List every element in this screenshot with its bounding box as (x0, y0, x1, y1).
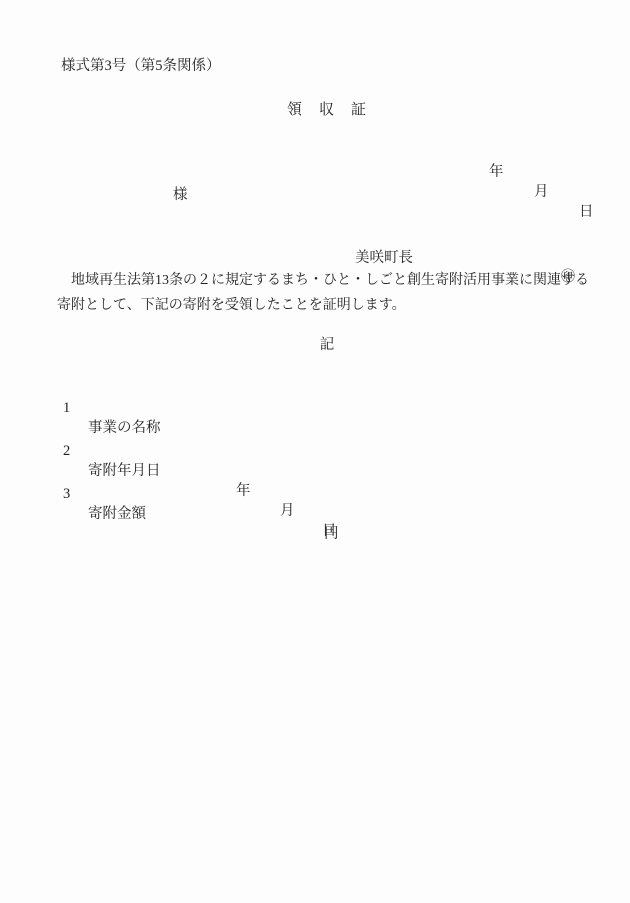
section-marker: 記 (57, 335, 597, 355)
issue-date-day-label: 日 (579, 202, 594, 222)
addressee-honorific: 様 (173, 185, 188, 205)
issuer-line: 美咲町長 ㊞ (0, 228, 630, 248)
receipt-document-page: 様式第3号（第5条関係） 領 収 証 年 月 日 様 美咲町長 ㊞ 地域再生法第… (0, 0, 630, 903)
body-paragraph: 地域再生法第13条の２に規定するまち・ひと・しごと創生寄附活用事業に関連する寄附… (57, 268, 602, 318)
issue-date-line: 年 月 日 (0, 142, 630, 162)
item-number: 3 (63, 484, 70, 504)
document-title: 領 収 証 (57, 100, 597, 120)
item-row-donation-date: 2 寄附年月日 年 月 日 (0, 421, 630, 441)
item-number: 2 (63, 441, 70, 461)
item-row-business-name: 1 事業の名称 (0, 378, 630, 398)
donation-amount-unit-label: 円 (324, 524, 339, 544)
item-number: 1 (63, 398, 70, 418)
issue-date-month-label: 月 (534, 182, 549, 202)
issuer-name: 美咲町長 (355, 248, 413, 268)
donation-date-month-label: 月 (280, 501, 295, 521)
item-label: 寄附金額 (88, 504, 146, 524)
donation-date-year-label: 年 (236, 481, 251, 501)
issue-date-year-label: 年 (489, 162, 504, 182)
form-number: 様式第3号（第5条関係） (61, 56, 221, 76)
item-row-donation-amount: 3 寄附金額 円 (0, 464, 630, 484)
